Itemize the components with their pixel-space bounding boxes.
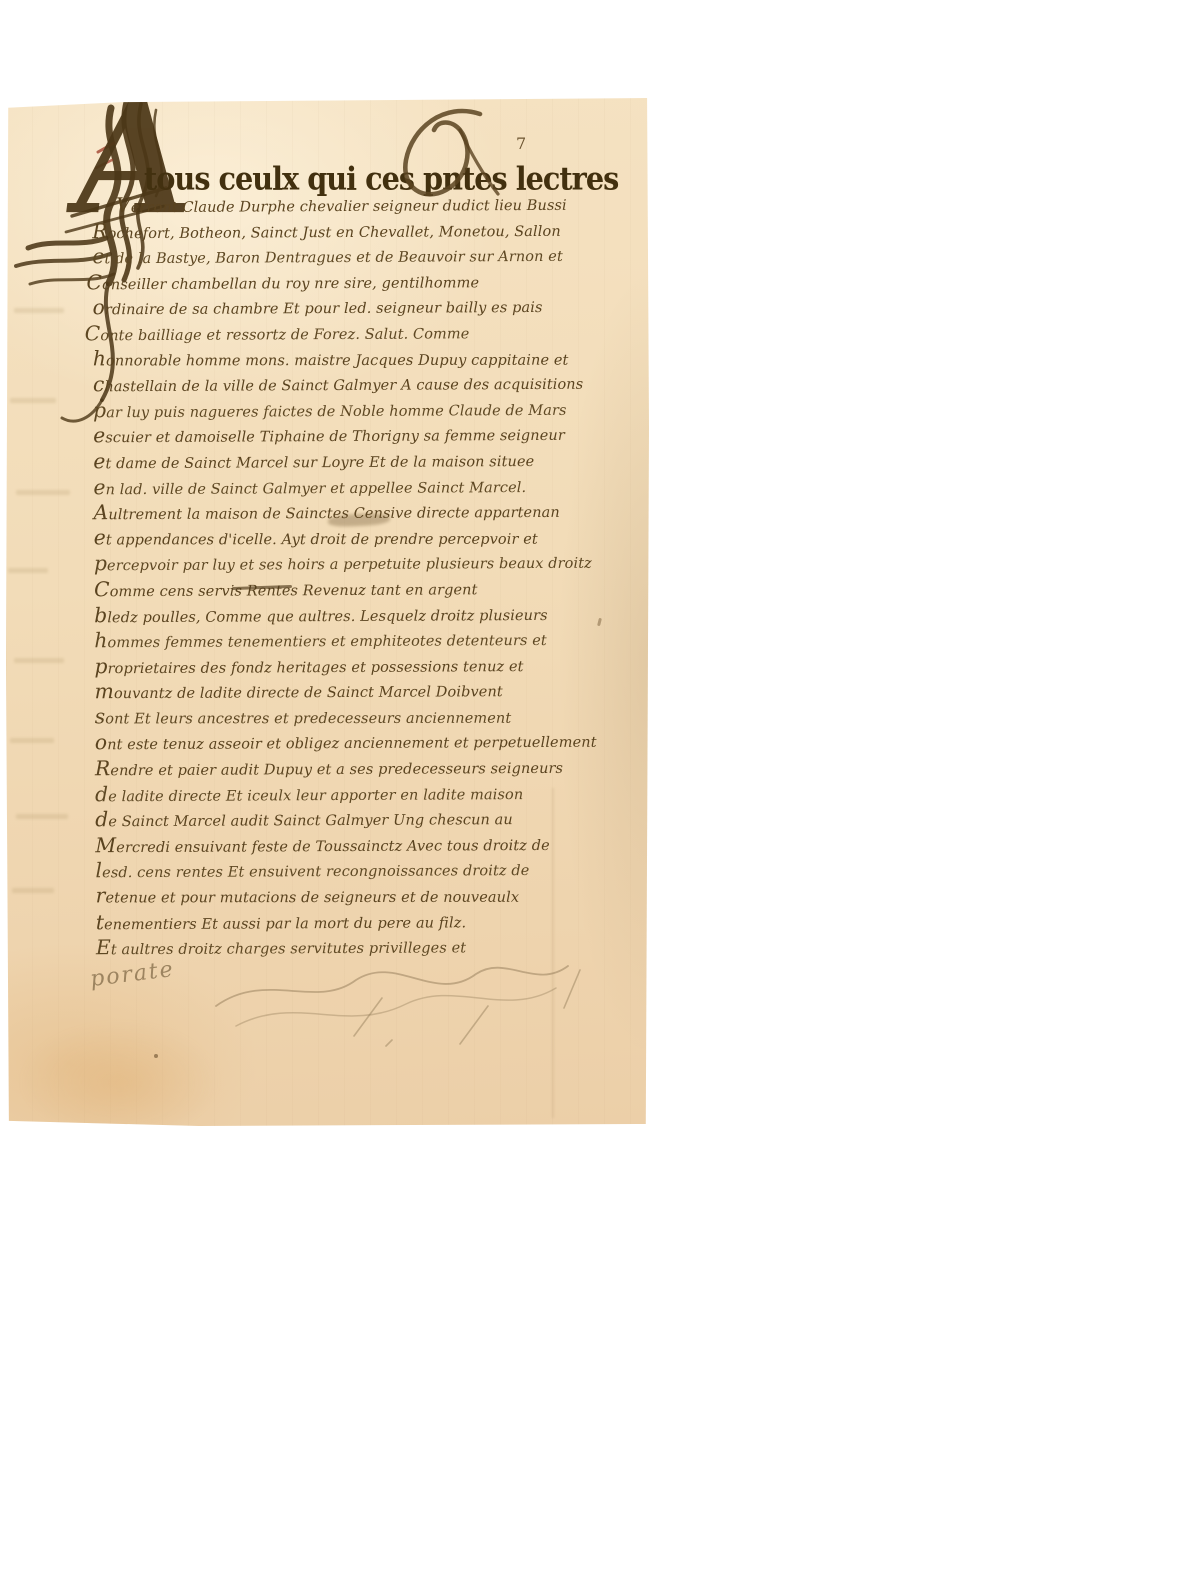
manuscript-line: Conte bailliage et ressortz de Forez. Sa…	[85, 322, 585, 350]
bleedthrough-mark	[16, 814, 68, 819]
signature-flourish-icon	[204, 948, 604, 1048]
manuscript-line: Conseiller chambellan du roy nre sire, g…	[86, 270, 584, 298]
bleedthrough-mark	[10, 738, 54, 743]
manuscript-line: Verront Claude Durphe chevalier seigneur…	[116, 194, 584, 222]
manuscript-line: et de la Bastye, Baron Dentragues et de …	[92, 245, 584, 273]
manuscript-line: sont Et leurs ancestres et predecesseurs…	[95, 706, 587, 732]
manuscript-line: Rendre et paier audit Dupuy et a ses pre…	[95, 757, 587, 785]
manuscript-line: de Sainct Marcel audit Sainct Galmyer Un…	[95, 808, 587, 836]
manuscript-line: proprietaires des fondz heritages et pos…	[94, 654, 586, 682]
manuscript-line: mouvantz de ladite directe de Sainct Mar…	[95, 680, 587, 708]
bleedthrough-mark	[8, 568, 48, 573]
parchment-stain	[20, 1022, 220, 1132]
ink-speck	[154, 1054, 158, 1058]
manuscript-line: et dame de Sainct Marcel sur Loyre Et de…	[93, 450, 585, 478]
manuscript-line: Rochefort, Botheon, Sainct Just en Cheva…	[92, 219, 584, 247]
bleedthrough-mark	[10, 398, 56, 403]
manuscript-line: percepvoir par luy et ses hoirs a perpet…	[94, 552, 586, 580]
manuscript-line: de ladite directe Et iceulx leur apporte…	[95, 782, 587, 810]
manuscript-line: par luy puis nagueres faictes de Noble h…	[93, 398, 585, 426]
margin-mark	[597, 618, 602, 626]
parchment-sheet: A tous ceulx qui ces pntes lectres 7 Ver…	[6, 98, 649, 1126]
manuscript-line: retenue et pour mutacions de seigneurs e…	[96, 886, 588, 912]
manuscript-line: hommes femmes tenementiers et emphiteote…	[94, 629, 586, 657]
manuscript-line: honnorable homme mons. maistre Jacques D…	[93, 348, 585, 374]
manuscript-line: Comme cens servis Rentes Revenuz tant en…	[94, 578, 586, 606]
manuscript-line: et appendances d'icelle. Ayt droit de pr…	[94, 527, 586, 553]
manuscript-line: escuier et damoiselle Tiphaine de Thorig…	[93, 424, 585, 452]
manuscript-line: tenementiers Et aussi par la mort du per…	[96, 910, 588, 938]
manuscript-line: en lad. ville de Sainct Galmyer et appel…	[93, 475, 585, 503]
manuscript-line: Mercredi ensuivant feste de Toussainctz …	[95, 834, 587, 862]
manuscript-line: bledz poulles, Comme que aultres. Lesque…	[94, 603, 586, 631]
bleedthrough-mark	[16, 490, 70, 495]
manuscript-text-block: Verront Claude Durphe chevalier seigneur…	[92, 194, 588, 964]
manuscript-line: chastellain de la ville de Sainct Galmye…	[93, 373, 585, 401]
folio-number: 7	[516, 134, 526, 153]
bleedthrough-mark	[12, 888, 54, 893]
manuscript-line: lesd. cens rentes Et ensuivent recongnoi…	[95, 859, 587, 887]
bleedthrough-mark	[14, 308, 64, 313]
bleedthrough-mark	[14, 658, 64, 663]
manuscript-line: ordinaire de sa chambre Et pour led. sei…	[93, 296, 585, 324]
heading-line: tous ceulx qui ces pntes lectres	[144, 160, 618, 197]
scan-page-background: A tous ceulx qui ces pntes lectres 7 Ver…	[0, 0, 1196, 1595]
manuscript-line: ont este tenuz asseoir et obligez ancien…	[95, 731, 587, 759]
